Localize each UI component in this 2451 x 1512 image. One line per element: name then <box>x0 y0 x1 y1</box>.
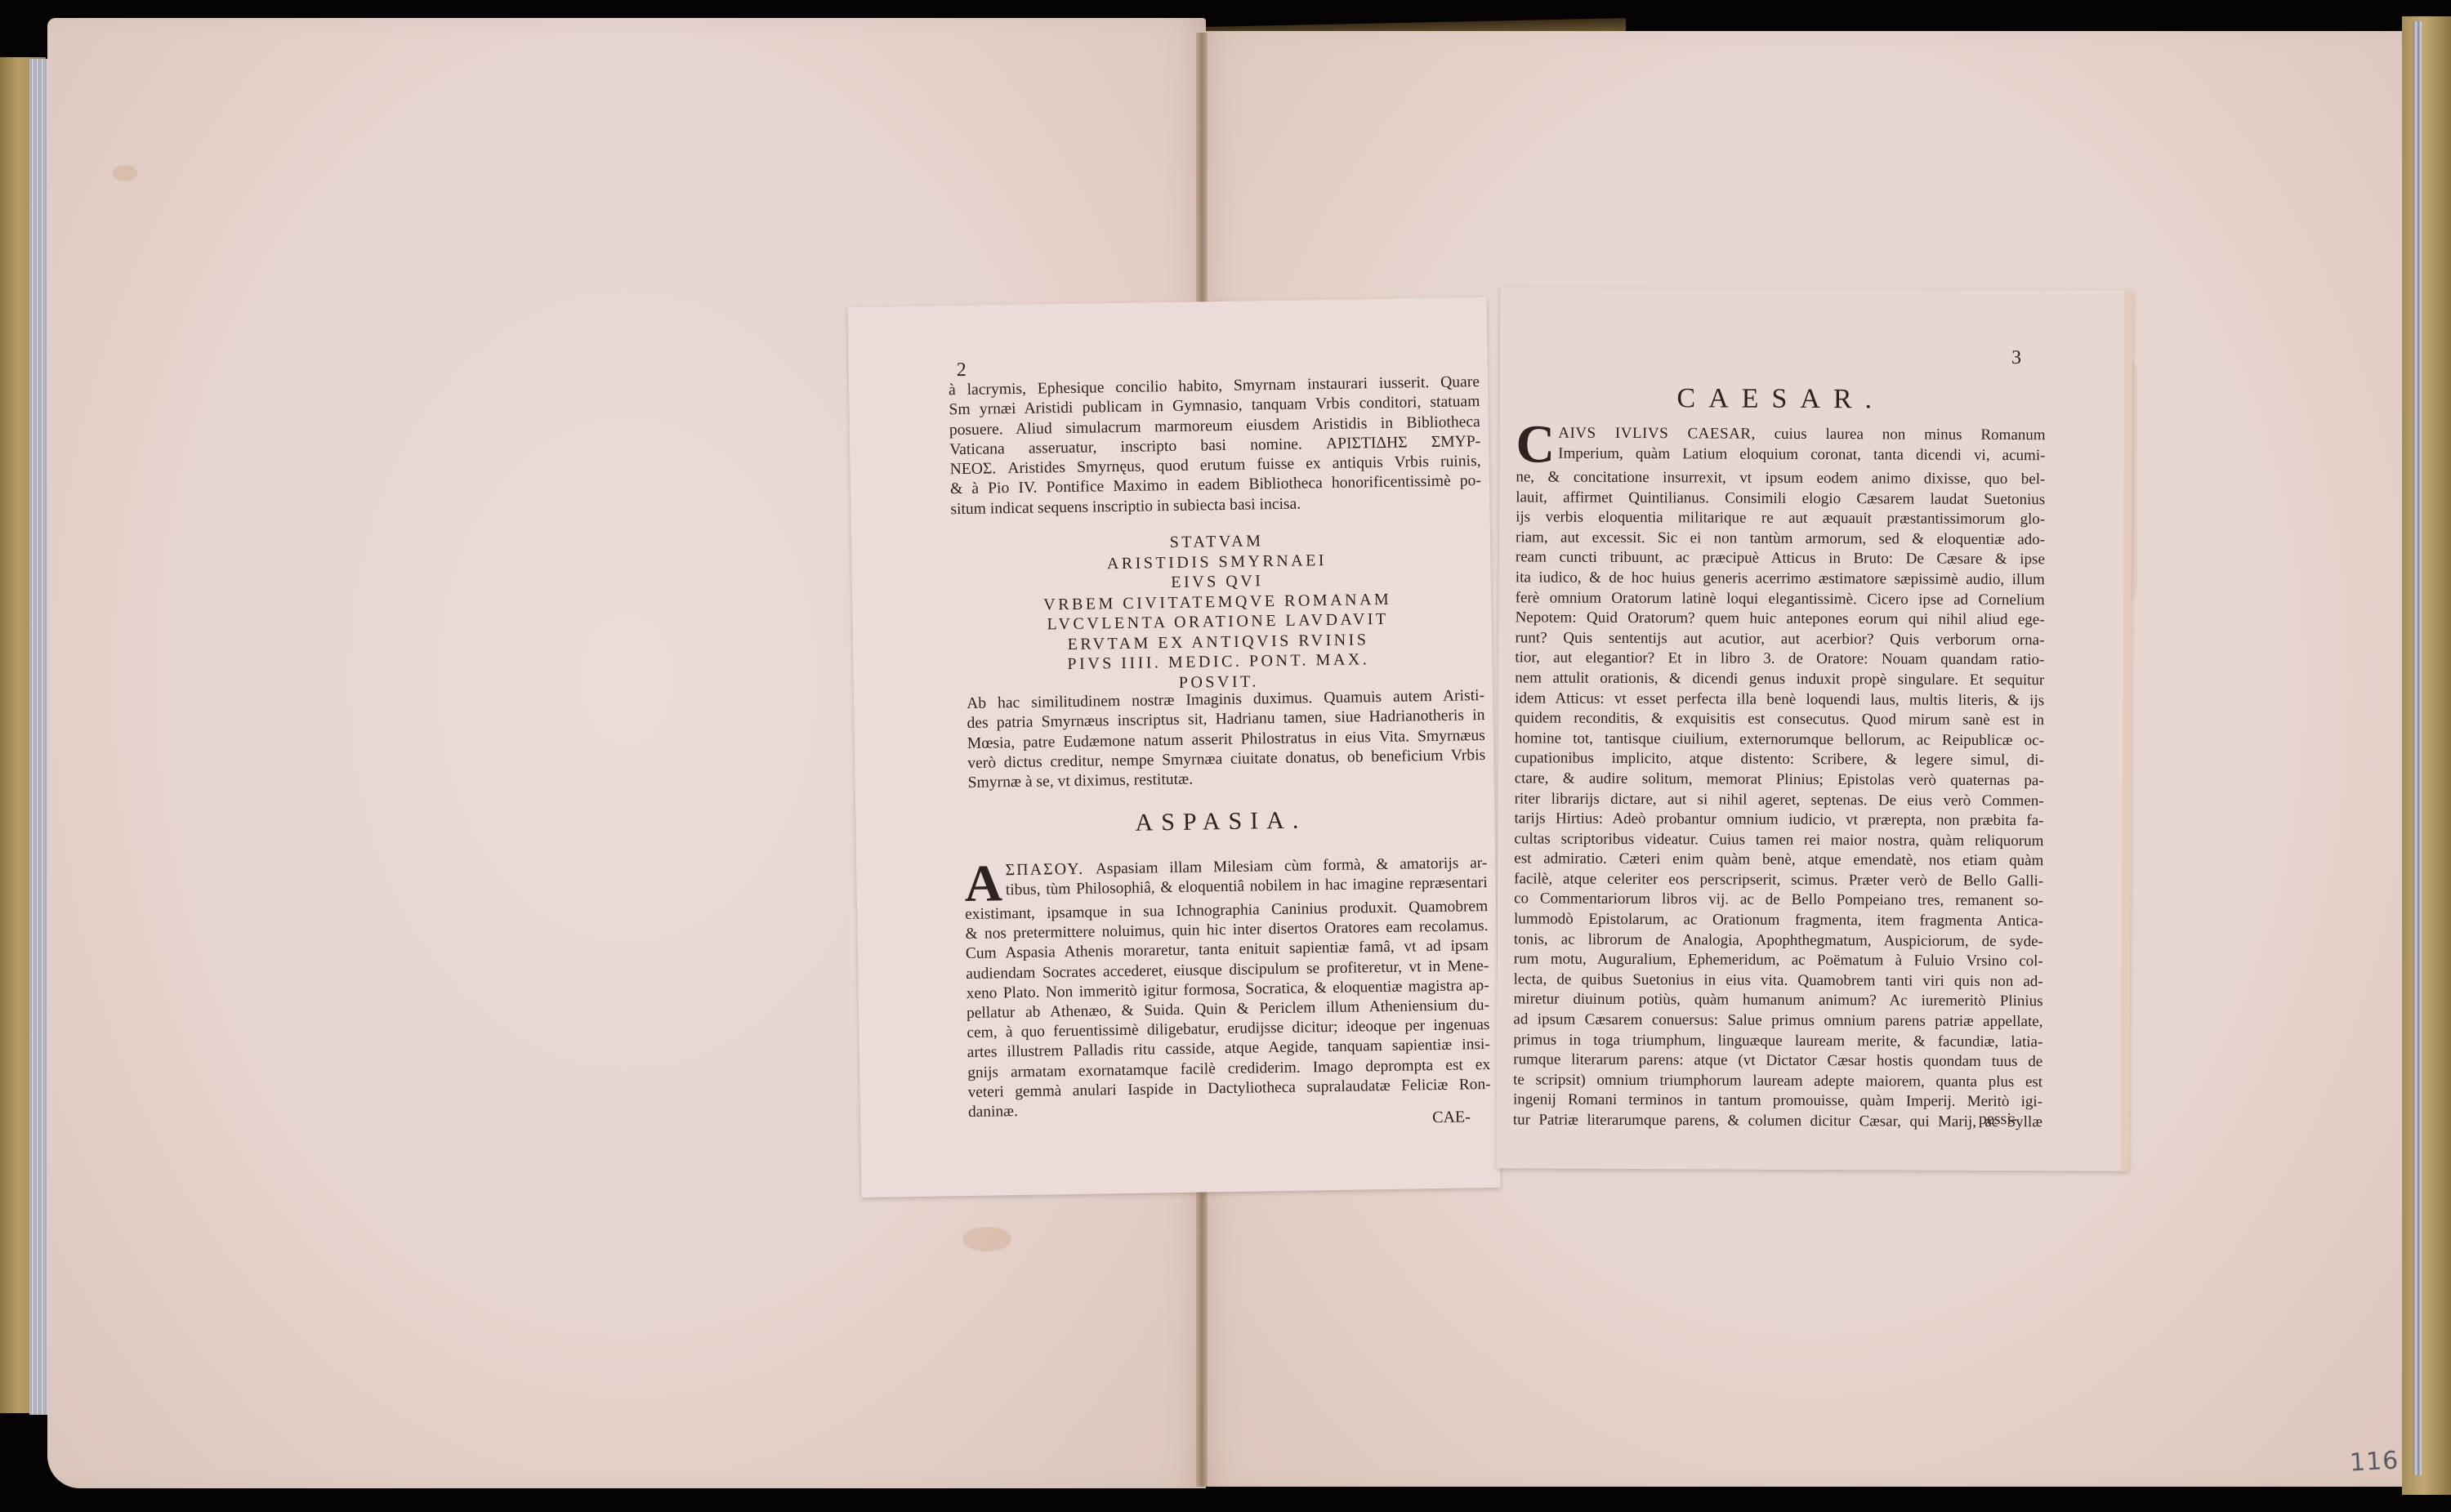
text-line: tior, aut elegantior? Et in libro 3. de … <box>1515 649 2044 671</box>
right-page-edges <box>2413 21 2422 1475</box>
aspasia-paragraph: A ΣΠΑΣΟΥ. Aspasiam illam Milesiam cùm fo… <box>964 853 1491 1122</box>
left-page-edges <box>29 59 49 1415</box>
text-line: ad ipsum Cæsarem conuersus: Salue primus… <box>1513 1010 2042 1032</box>
pasted-sheet-page-2: 2 à lacrymis, Ephesique concilio habito,… <box>847 297 1500 1198</box>
text-line: riam, aut excessit. Sic ei non tantùm ar… <box>1516 528 2045 550</box>
text-line: ingenij Romani terminos in tantum promou… <box>1513 1091 2042 1113</box>
aristides-paragraph: à lacrymis, Ephesique concilio habito, S… <box>949 372 1482 520</box>
text-line: cupationibus implicito, atque distento: … <box>1515 749 2044 771</box>
catchword: pessi- <box>1979 1110 2017 1129</box>
text-line: lecta, de quibus Suetonius in eius vita.… <box>1514 970 2043 992</box>
text-line: tur Patriæ literarumque parens, & colume… <box>1513 1110 2042 1132</box>
text-line: ferè omnium Oratorum latinè loqui elegan… <box>1516 588 2045 610</box>
caesar-paragraph: C AIVS IVLIVS CAESAR, cuius laurea non m… <box>1513 423 2046 1132</box>
text-line: Imperium, quàm Latium eloquium coronat, … <box>1516 444 2045 466</box>
text-line: rum motu, Auguralium, Ephemeridum, ac Po… <box>1514 950 2043 972</box>
text-line: ita iudico, & de hoc huius generis acerr… <box>1516 568 2045 590</box>
page-number: 3 <box>2011 347 2021 369</box>
right-binding-cloth <box>2402 16 2451 1495</box>
aristides-origin-paragraph: Ab hac similitudinem nostræ Imaginis dux… <box>967 686 1486 793</box>
text-line: riter librarijs dictare, aut si nihil ag… <box>1515 789 2044 811</box>
foxing-stain <box>962 1227 1011 1251</box>
text-line: Nepotem: Quid Oratorum? quem huic antepo… <box>1516 609 2045 631</box>
text-line: runt? Quis sententijs aut acutior, aut a… <box>1515 628 2044 650</box>
pasted-sheet-page-3: 3 CAESAR. C AIVS IVLIVS CAESAR, cuius la… <box>1497 288 2133 1171</box>
text-line: ctare, & audire solitum, memorat Plinius… <box>1515 769 2044 791</box>
text-line: quidem reconditis, & exquisitis est cons… <box>1515 709 2044 731</box>
text-line: facilè, atque celeriter eos perscripseri… <box>1514 869 2043 891</box>
pencil-folio-number: 116 <box>2349 1446 2400 1477</box>
text-line: nem attulit orationis, & dicendi genus i… <box>1515 668 2044 690</box>
page-number: 2 <box>957 359 967 381</box>
text-line: miretur diuinum potiùs, quàm humanum ani… <box>1513 990 2042 1012</box>
text-line: cultas scriptoribus videatur. Cuius tame… <box>1514 829 2043 851</box>
text-line: cuius laurea non minus Romanum <box>1756 426 2046 444</box>
text-line: te scripsit) omnium triumphorum lauream … <box>1513 1070 2042 1092</box>
drop-cap: A <box>964 862 1002 905</box>
catchword: CAE- <box>1432 1108 1471 1127</box>
text-line: rumque literarum parens: atque (vt Dicta… <box>1513 1050 2042 1073</box>
text-line: lummodò Epistolarum, ac Orationum fragme… <box>1514 909 2043 931</box>
text-line: idem Atticus: vt esset perfecta illa ben… <box>1515 689 2044 711</box>
text-line: homine tot, tantisque ciuilium, externor… <box>1515 729 2044 751</box>
statue-inscription: STATVAM ARISTIDIS SMYRNAEI EIVS QVI VRBE… <box>951 528 1484 696</box>
drop-cap: C <box>1516 421 1555 467</box>
caesar-name-smallcaps: AIVS IVLIVS CAESAR, <box>1558 425 1756 443</box>
text-line: ream cuncti tribuunt, ac præcipuè Atticu… <box>1516 548 2045 570</box>
section-title-caesar: CAESAR. <box>1516 382 2046 416</box>
section-title-aspasia: ASPASIA. <box>955 804 1486 840</box>
text-line: est admiratio. Cæteri enim quàm benè, at… <box>1514 850 2043 872</box>
text-line: ijs verbis eloquentia militarique re aut… <box>1516 508 2045 530</box>
greek-opening: ΣΠΑΣΟΥ. <box>1005 860 1084 880</box>
book-spread: 2 à lacrymis, Ephesique concilio habito,… <box>0 0 2451 1512</box>
text-line: tarijs Hirtius: Adeò probantur omnium iu… <box>1514 809 2043 831</box>
text-line: lauit, affirmet Quintilianus. Consimili … <box>1516 488 2045 510</box>
foxing-stain <box>113 165 137 181</box>
text-line: ne, & concitatione insurrexit, vt ipsum … <box>1516 467 2045 489</box>
text-line: co Commentariorum libros vij. ac de Bell… <box>1514 890 2043 912</box>
text-line: tonis, ac librorum de Analogia, Apophthe… <box>1514 930 2043 952</box>
text-line: primus in toga triumphum, linguæque laur… <box>1513 1030 2042 1052</box>
